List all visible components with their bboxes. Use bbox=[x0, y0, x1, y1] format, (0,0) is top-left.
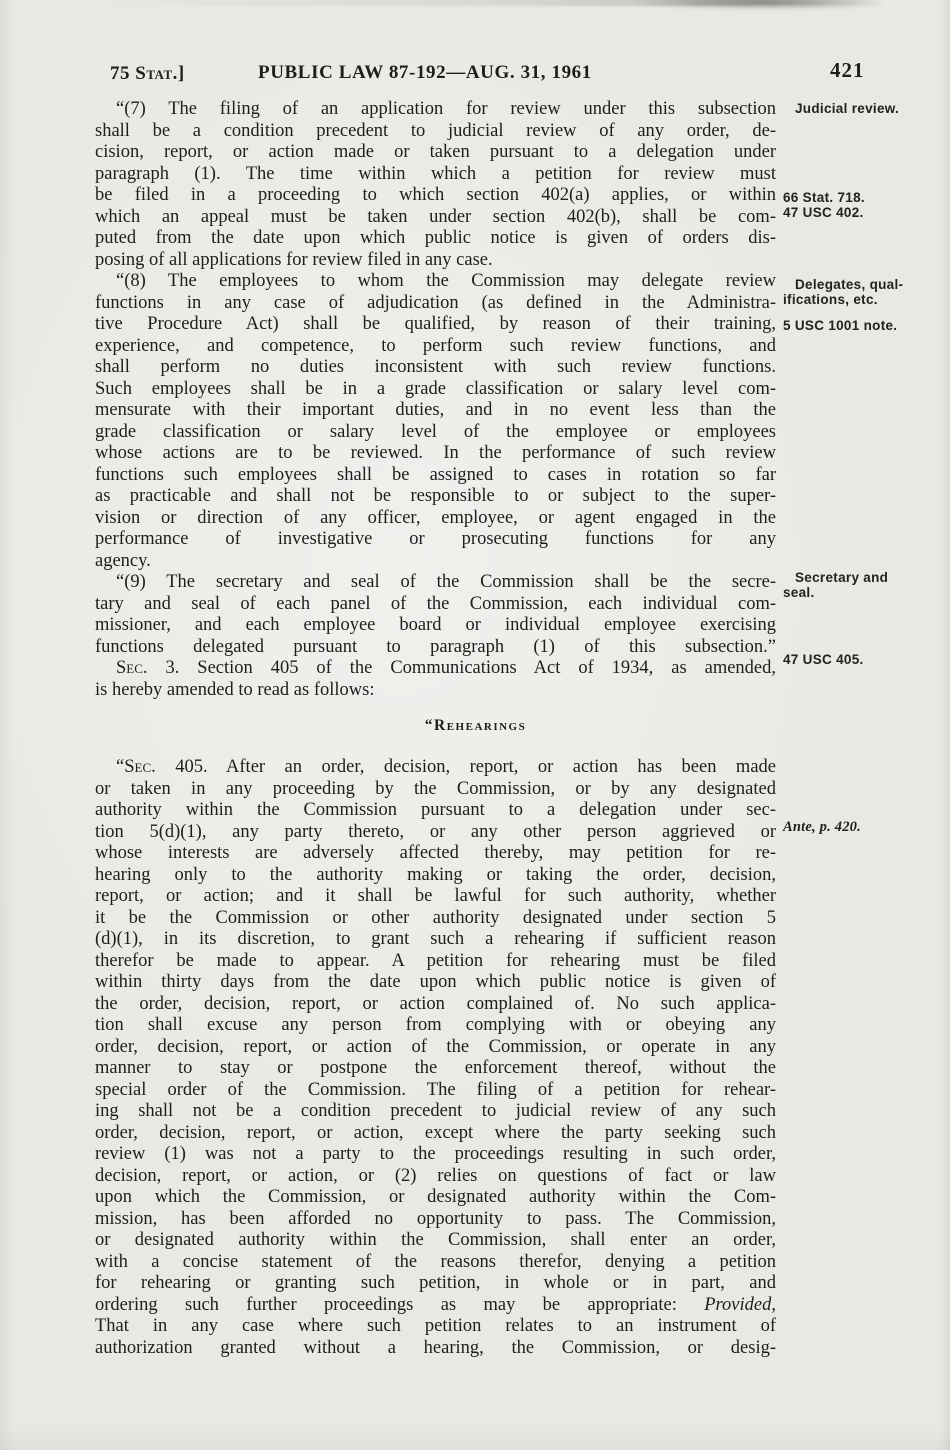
text-segment: , bbox=[771, 1295, 776, 1315]
body-line: tion 5(d)(1), any party thereto, or any … bbox=[95, 822, 776, 844]
smallcaps-text: “Sec. 405. bbox=[116, 757, 208, 777]
body-line: Sec. 3. Section 405 of the Communication… bbox=[95, 658, 776, 680]
body-line: missioner, and each employee board or in… bbox=[95, 615, 776, 637]
body-line: upon which the Commission, or designated… bbox=[95, 1187, 776, 1209]
body-line: mission, has been afforded no opportunit… bbox=[95, 1209, 776, 1231]
text-segment: After an order, decision, report, or act… bbox=[208, 757, 776, 777]
body-line: cision, report, or action made or taken … bbox=[95, 142, 776, 164]
body-line: That in any case where such petition rel… bbox=[95, 1316, 776, 1338]
scan-smudge-streak bbox=[90, 0, 870, 6]
body-line: is hereby amended to read as follows: bbox=[95, 680, 776, 702]
running-head-title: PUBLIC LAW 87-192—AUG. 31, 1961 bbox=[258, 62, 592, 84]
margin-note-delegates: Delegates, qual- ifications, etc. bbox=[783, 277, 941, 307]
section-heading: “Rehearings bbox=[95, 716, 776, 736]
body-line: order, decision, report, or action of th… bbox=[95, 1037, 776, 1059]
body-line: or designated authority within the Commi… bbox=[95, 1230, 776, 1252]
body-line: be filed in a proceeding to which sectio… bbox=[95, 185, 776, 207]
body-line: hearing only to the authority making or … bbox=[95, 865, 776, 887]
body-line: report, or action; and it shall be lawfu… bbox=[95, 886, 776, 908]
body-line: experience, and competence, to perform s… bbox=[95, 336, 776, 358]
body-line: the order, decision, report, or action c… bbox=[95, 994, 776, 1016]
body-line: agency. bbox=[95, 551, 776, 573]
body-line: “(8) The employees to whom the Commissio… bbox=[95, 271, 776, 293]
body-line: decision, report, or action, or (2) reli… bbox=[95, 1166, 776, 1188]
body-line: puted from the date upon which public no… bbox=[95, 228, 776, 250]
body-line: ing shall not be a condition precedent t… bbox=[95, 1101, 776, 1123]
scan-smudge bbox=[520, 0, 880, 12]
body-line: performance of investigative or prosecut… bbox=[95, 529, 776, 551]
smallcaps-text: Sec. 3. bbox=[116, 658, 179, 678]
margin-note-secretary-seal: Secretary and seal. bbox=[783, 570, 941, 600]
body-line: whose actions are to be reviewed. In the… bbox=[95, 443, 776, 465]
body-line: special order of the Commission. The fil… bbox=[95, 1080, 776, 1102]
body-line: tive Procedure Act) shall be qualified, … bbox=[95, 314, 776, 336]
margin-note-judicial-review: Judicial review. bbox=[783, 101, 941, 116]
body-line: ordering such further proceedings as may… bbox=[95, 1295, 776, 1317]
body-line: functions delegated pursuant to paragrap… bbox=[95, 637, 776, 659]
text-segment: ordering such further proceedings as may… bbox=[95, 1295, 704, 1315]
body-line: tion shall excuse any person from comply… bbox=[95, 1015, 776, 1037]
body-line: vision or direction of any officer, empl… bbox=[95, 508, 776, 530]
margin-note-5usc-1001: 5 USC 1001 note. bbox=[783, 318, 941, 333]
body-line: functions such employees shall be assign… bbox=[95, 465, 776, 487]
body-line: paragraph (1). The time within which a p… bbox=[95, 164, 776, 186]
body-line: for rehearing or granting such petition,… bbox=[95, 1273, 776, 1295]
body-line: within thirty days from the date upon wh… bbox=[95, 972, 776, 994]
body-text: “(7) The filing of an application for re… bbox=[95, 99, 776, 1359]
body-line: Such employees shall be in a grade class… bbox=[95, 379, 776, 401]
body-line: shall be a condition precedent to judici… bbox=[95, 121, 776, 143]
body-line: review (1) was not a party to the procee… bbox=[95, 1144, 776, 1166]
body-line: mensurate with their important duties, a… bbox=[95, 400, 776, 422]
margin-note-ante-p420: Ante, p. 420. bbox=[783, 820, 941, 835]
body-line: “(9) The secretary and seal of the Commi… bbox=[95, 572, 776, 594]
body-line: as practicable and shall not be responsi… bbox=[95, 486, 776, 508]
body-line: authorization granted without a hearing,… bbox=[95, 1338, 776, 1360]
body-line: “(7) The filing of an application for re… bbox=[95, 99, 776, 121]
body-line: tary and seal of each panel of the Commi… bbox=[95, 594, 776, 616]
body-line: authority within the Commission pursuant… bbox=[95, 800, 776, 822]
page-number: 421 bbox=[830, 58, 865, 83]
body-line: shall perform no duties inconsistent wit… bbox=[95, 357, 776, 379]
body-line: which an appeal must be taken under sect… bbox=[95, 207, 776, 229]
body-line: “Sec. 405. After an order, decision, rep… bbox=[95, 757, 776, 779]
margin-note-47usc-405: 47 USC 405. bbox=[783, 652, 941, 667]
body-line: with a concise statement of the reasons … bbox=[95, 1252, 776, 1274]
body-line: it be the Commission or other authority … bbox=[95, 908, 776, 930]
body-line: manner to stay or postpone the enforceme… bbox=[95, 1058, 776, 1080]
body-line: order, decision, report, or action, exce… bbox=[95, 1123, 776, 1145]
margin-note-citation-402: 66 Stat. 718. 47 USC 402. bbox=[783, 190, 941, 220]
body-line: functions in any case of adjudication (a… bbox=[95, 293, 776, 315]
body-line: (d)(1), in its discretion, to grant such… bbox=[95, 929, 776, 951]
body-line: posing of all applications for review fi… bbox=[95, 250, 776, 272]
body-line: grade classification or salary level of … bbox=[95, 422, 776, 444]
body-line: whose interests are adversely affected t… bbox=[95, 843, 776, 865]
body-line: or taken in any proceeding by the Commis… bbox=[95, 779, 776, 801]
body-line: therefor be made to appear. A petition f… bbox=[95, 951, 776, 973]
text-segment: Section 405 of the Communications Act of… bbox=[179, 658, 776, 678]
italic-text: Provided bbox=[704, 1295, 771, 1315]
statute-volume-label: 75 Stat.] bbox=[110, 63, 185, 85]
